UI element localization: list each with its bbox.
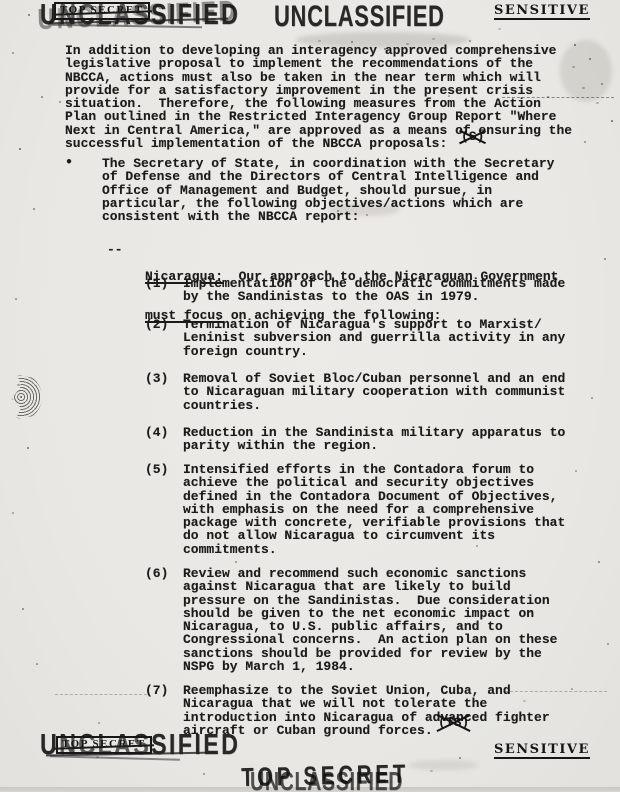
list-item: Reduction in the Sandinista military app… — [183, 426, 565, 453]
item-number: (4) — [145, 426, 168, 439]
item-number: (5) — [145, 463, 168, 476]
item-number: (1) — [145, 277, 168, 290]
pencil-dash-line — [55, 694, 147, 695]
item-number: (6) — [145, 567, 168, 580]
list-item: Termination of Nicaragua's support to Ma… — [183, 318, 565, 358]
list-item: Review and recommend such economic sanct… — [183, 567, 557, 673]
list-item: Intensified efforts in the Contadora for… — [183, 463, 565, 556]
unclassified-stamp-bottom-center: UNCLASSIFIED — [250, 766, 403, 792]
list-item: Removal of Soviet Bloc/Cuban personnel a… — [183, 372, 565, 412]
list-item: Implementation of the democratic commitm… — [183, 277, 565, 304]
bullet-marker: ● — [66, 156, 72, 169]
ink-smudge — [408, 760, 478, 770]
opening-paragraph: In addition to developing an interagency… — [65, 44, 572, 150]
item-number: (3) — [145, 372, 168, 385]
notary-seal-fragment — [4, 375, 42, 419]
scanned-document-page: UNCLASSIFIED UNCLASSIFIED TOP SECRET UNC… — [0, 0, 620, 792]
unclassified-stamp-top-center: UNCLASSIFIED — [274, 0, 445, 34]
top-secret-stamp-top: TOP SECRET — [54, 2, 150, 20]
struck-classification-mark-s: (S) — [461, 130, 484, 143]
scan-noise-dots — [0, 0, 3, 2]
struck-classification-mark-ts: (TS) — [438, 716, 469, 729]
item-number: (7) — [145, 684, 168, 697]
sensitive-marking-top: SENSITIVE — [494, 3, 590, 20]
item-number: (2) — [145, 318, 168, 331]
dash-marker: -- — [107, 243, 123, 256]
top-secret-stamp-bottom: TOP SECRET — [56, 736, 152, 754]
bullet-paragraph: The Secretary of State, in coordination … — [102, 157, 554, 223]
sensitive-marking-bottom: SENSITIVE — [494, 742, 590, 759]
